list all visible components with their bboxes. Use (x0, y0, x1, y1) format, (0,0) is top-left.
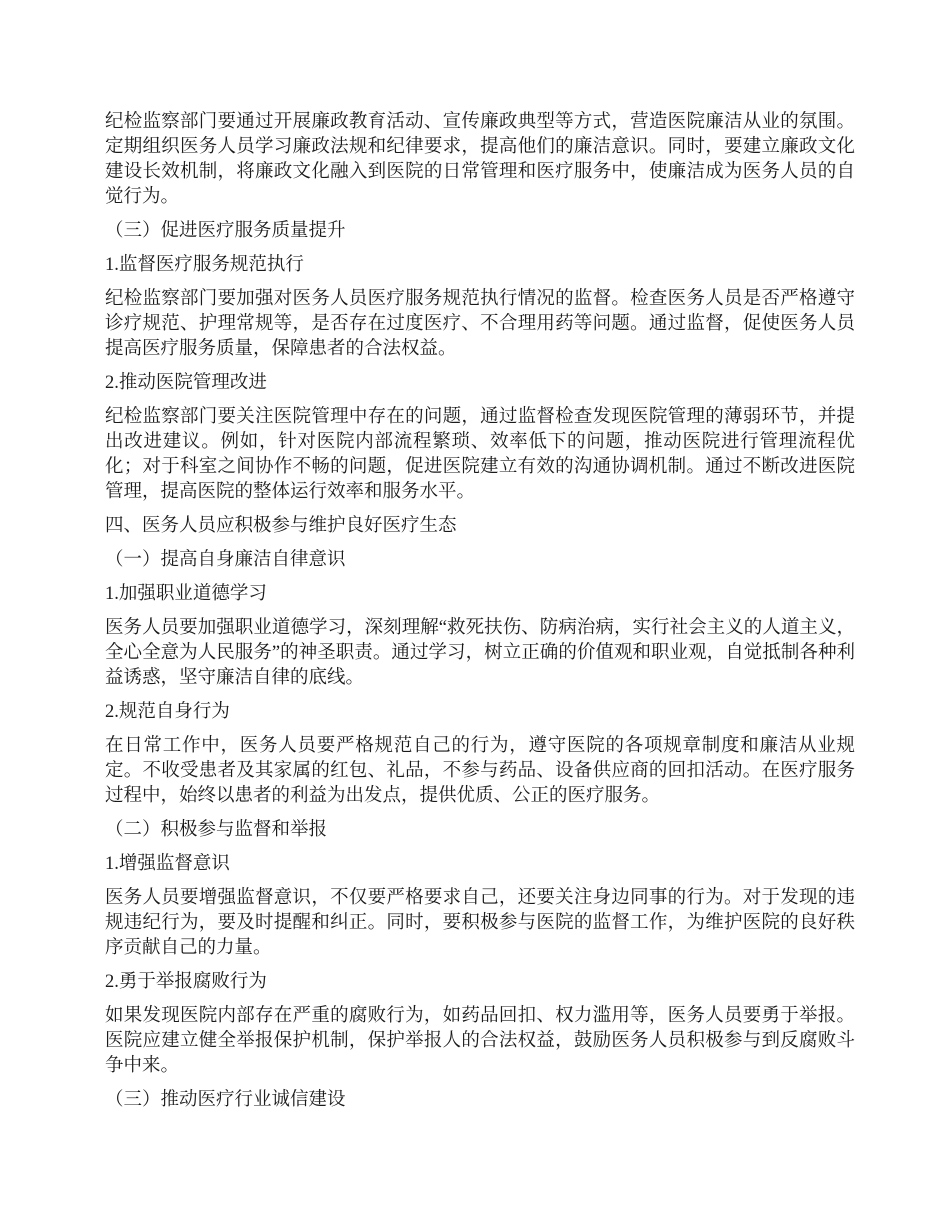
section-heading: 1.监督医疗服务规范执行 (105, 253, 855, 278)
section-heading: 2.勇于举报腐败行为 (105, 970, 855, 995)
section-heading: （三）推动医疗行业诚信建设 (105, 1088, 855, 1113)
document-page: 纪检监察部门要通过开展廉政教育活动、宣传廉政典型等方式，营造医院廉洁从业的氛围。… (0, 0, 950, 1230)
paragraph: 纪检监察部门要通过开展廉政教育活动、宣传廉政典型等方式，营造医院廉洁从业的氛围。… (105, 110, 855, 210)
paragraph: 医务人员要增强监督意识，不仅要严格要求自己，还要关注身边同事的行为。对于发现的违… (105, 886, 855, 961)
paragraph: 在日常工作中，医务人员要严格规范自己的行为，遵守医院的各项规章制度和廉洁从业规定… (105, 734, 855, 809)
section-heading: 2.规范自身行为 (105, 700, 855, 725)
section-heading: 2.推动医院管理改进 (105, 371, 855, 396)
section-heading: 四、医务人员应积极参与维护良好医疗生态 (105, 514, 855, 539)
section-heading: 1.加强职业道德学习 (105, 582, 855, 607)
section-heading: （一）提高自身廉洁自律意识 (105, 548, 855, 573)
section-heading: （三）促进医疗服务质量提升 (105, 219, 855, 244)
paragraph: 医务人员要加强职业道德学习，深刻理解“救死扶伤、防病治病，实行社会主义的人道主义… (105, 616, 855, 691)
paragraph: 如果发现医院内部存在严重的腐败行为，如药品回扣、权力滥用等，医务人员要勇于举报。… (105, 1004, 855, 1079)
section-heading: 1.增强监督意识 (105, 852, 855, 877)
section-heading: （二）积极参与监督和举报 (105, 818, 855, 843)
paragraph: 纪检监察部门要关注医院管理中存在的问题，通过监督检查发现医院管理的薄弱环节，并提… (105, 405, 855, 505)
paragraph: 纪检监察部门要加强对医务人员医疗服务规范执行情况的监督。检查医务人员是否严格遵守… (105, 287, 855, 362)
